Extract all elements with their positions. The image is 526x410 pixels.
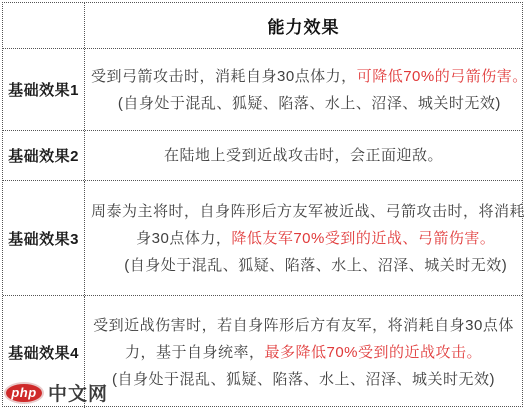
ability-effects-table: 能力效果 基础效果1受到弓箭攻击时，消耗自身30点体力，可降低70%的弓箭伤害。… — [2, 2, 523, 407]
table-body: 基础效果1受到弓箭攻击时，消耗自身30点体力，可降低70%的弓箭伤害。(自身处于… — [3, 49, 522, 408]
effect-description: 在陆地上受到近战攻击时，会正面迎敌。 — [85, 131, 522, 180]
table-header-row: 能力效果 — [3, 3, 522, 49]
description-line: 受到近战伤害时，若自身阵形后方有友军，将消耗自身30点体 — [93, 312, 514, 339]
description-line: 受到弓箭攻击时，消耗自身30点体力，可降低70%的弓箭伤害。 — [91, 63, 526, 90]
table-row: 基础效果3周泰为主将时，自身阵形后方友军被近战、弓箭攻击时，将消耗自身30点体力… — [3, 181, 522, 296]
description-line: (自身处于混乱、狐疑、陷落、水上、沼泽、城关时无效) — [118, 90, 501, 117]
effect-description: 受到弓箭攻击时，消耗自身30点体力，可降低70%的弓箭伤害。(自身处于混乱、狐疑… — [85, 49, 526, 130]
effect-label: 基础效果2 — [3, 131, 85, 180]
plain-text: 在陆地上受到近战攻击时，会正面迎敌。 — [164, 147, 443, 164]
highlighted-text: 可降低70%的弓箭伤害。 — [357, 68, 526, 85]
highlighted-text: 降低友军70%受到的近战、弓箭伤害。 — [231, 230, 495, 247]
effect-description: 受到近战伤害时，若自身阵形后方有友军，将消耗自身30点体力，基于自身统率，最多降… — [85, 296, 522, 408]
plain-text: (自身处于混乱、狐疑、陷落、水上、沼泽、城关时无效) — [118, 95, 501, 112]
highlighted-text: 最多降低70%受到的近战攻击。 — [264, 344, 482, 361]
table-row: 基础效果2在陆地上受到近战攻击时，会正面迎敌。 — [3, 131, 522, 181]
description-line: (自身处于混乱、狐疑、陷落、水上、沼泽、城关时无效) — [124, 252, 507, 279]
description-line: 身30点体力，降低友军70%受到的近战、弓箭伤害。 — [136, 225, 495, 252]
watermark-logo: php 中文网 — [4, 379, 108, 406]
effect-label: 基础效果1 — [3, 49, 85, 130]
plain-text: 受到近战伤害时，若自身阵形后方有友军，将消耗自身30点体 — [93, 317, 514, 334]
plain-text: (自身处于混乱、狐疑、陷落、水上、沼泽、城关时无效) — [112, 371, 495, 388]
table-row: 基础效果1受到弓箭攻击时，消耗自身30点体力，可降低70%的弓箭伤害。(自身处于… — [3, 49, 522, 131]
php-logo-badge: php — [4, 382, 44, 404]
effect-description: 周泰为主将时，自身阵形后方友军被近战、弓箭攻击时，将消耗自身30点体力，降低友军… — [85, 181, 526, 295]
description-line: (自身处于混乱、狐疑、陷落、水上、沼泽、城关时无效) — [112, 366, 495, 393]
table-header-title: 能力效果 — [85, 3, 522, 48]
effect-label: 基础效果3 — [3, 181, 85, 295]
plain-text: 受到弓箭攻击时，消耗自身30点体力， — [91, 68, 357, 85]
plain-text: (自身处于混乱、狐疑、陷落、水上、沼泽、城关时无效) — [124, 257, 507, 274]
header-empty-cell — [3, 3, 85, 48]
description-line: 周泰为主将时，自身阵形后方友军被近战、弓箭攻击时，将消耗自 — [91, 198, 526, 225]
description-line: 在陆地上受到近战攻击时，会正面迎敌。 — [164, 142, 443, 169]
watermark-text: 中文网 — [48, 379, 108, 406]
plain-text: 身30点体力， — [136, 230, 231, 247]
plain-text: 周泰为主将时，自身阵形后方友军被近战、弓箭攻击时，将消耗自 — [91, 203, 526, 220]
plain-text: 力，基于自身统率， — [125, 344, 265, 361]
description-line: 力，基于自身统率，最多降低70%受到的近战攻击。 — [125, 339, 482, 366]
page: 能力效果 基础效果1受到弓箭攻击时，消耗自身30点体力，可降低70%的弓箭伤害。… — [0, 0, 526, 410]
